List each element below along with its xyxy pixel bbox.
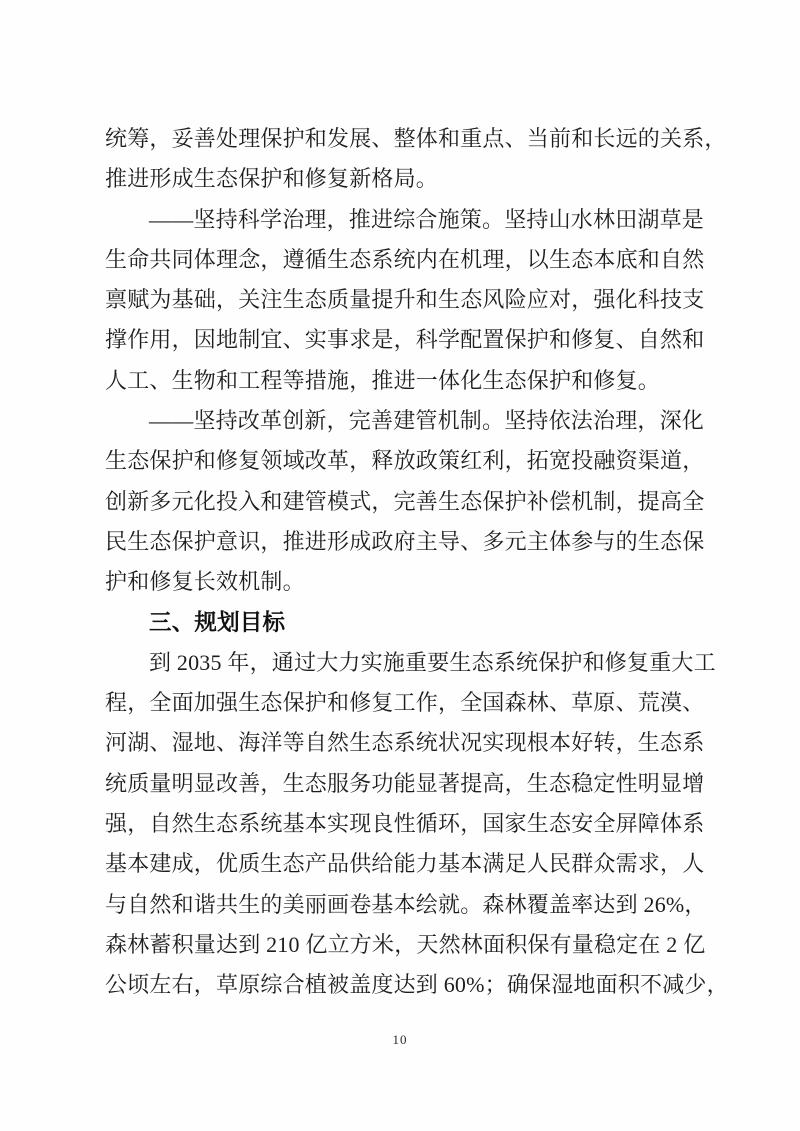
text-line: 生命共同体理念，遵循生态系统内在机理，以生态本底和自然: [105, 240, 695, 280]
text-line: 程，全面加强生态保护和修复工作，全国森林、草原、荒漠、: [105, 683, 695, 723]
text-line: 生态保护和修复领域改革，释放政策红利，拓宽投融资渠道，: [105, 441, 695, 481]
document-page: 统筹，妥善处理保护和发展、整体和重点、当前和长远的关系， 推进形成生态保护和修复…: [0, 0, 800, 1131]
section-heading: 三、规划目标: [105, 603, 695, 643]
text-line: 基本建成，优质生态产品供给能力基本满足人民群众需求，人: [105, 844, 695, 884]
text-line: ——坚持改革创新，完善建管机制。坚持依法治理，深化: [105, 401, 695, 441]
text-line: 推进形成生态保护和修复新格局。: [105, 159, 695, 199]
text-line: 公顷左右，草原综合植被盖度达到 60%；确保湿地面积不减少，: [105, 965, 695, 1005]
text-line: 森林蓄积量达到 210 亿立方米，天然林面积保有量稳定在 2 亿: [105, 925, 695, 965]
text-line: 禀赋为基础，关注生态质量提升和生态风险应对，强化科技支: [105, 280, 695, 320]
text-line: ——坚持科学治理，推进综合施策。坚持山水林田湖草是: [105, 200, 695, 240]
text-line: 统质量明显改善，生态服务功能显著提高，生态稳定性明显增: [105, 764, 695, 804]
text-line: 民生态保护意识，推进形成政府主导、多元主体参与的生态保: [105, 522, 695, 562]
text-line: 河湖、湿地、海洋等自然生态系统状况实现根本好转，生态系: [105, 723, 695, 763]
text-line: 统筹，妥善处理保护和发展、整体和重点、当前和长远的关系，: [105, 119, 695, 159]
text-line: 与自然和谐共生的美丽画卷基本绘就。森林覆盖率达到 26%，: [105, 885, 695, 925]
text-line: 护和修复长效机制。: [105, 562, 695, 602]
text-line: 撑作用，因地制宜、实事求是，科学配置保护和修复、自然和: [105, 320, 695, 360]
text-line: 强，自然生态系统基本实现良性循环，国家生态安全屏障体系: [105, 804, 695, 844]
text-line: 创新多元化投入和建管模式，完善生态保护补偿机制，提高全: [105, 482, 695, 522]
page-number: 10: [0, 1030, 800, 1050]
text-content: 统筹，妥善处理保护和发展、整体和重点、当前和长远的关系， 推进形成生态保护和修复…: [105, 119, 695, 1006]
text-line: 人工、生物和工程等措施，推进一体化生态保护和修复。: [105, 361, 695, 401]
text-line: 到 2035 年，通过大力实施重要生态系统保护和修复重大工: [105, 643, 695, 683]
